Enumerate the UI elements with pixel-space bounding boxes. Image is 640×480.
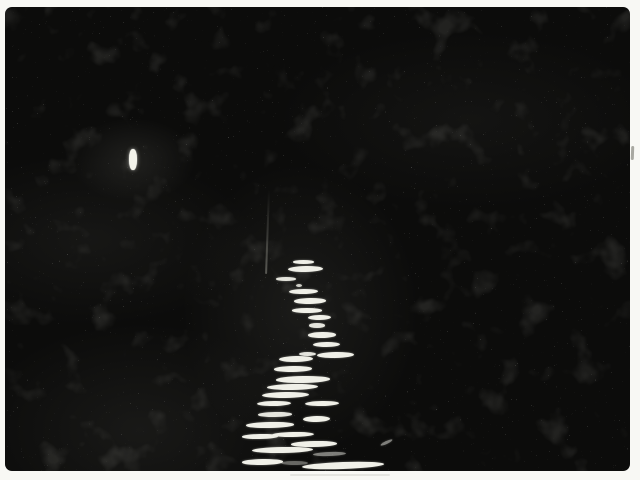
light-streak (258, 412, 292, 417)
light-streak (272, 432, 314, 438)
light-streak (276, 376, 330, 383)
light-streak (308, 332, 336, 338)
light-streak (317, 352, 354, 359)
light-streak (257, 401, 291, 407)
bottom-margin-smudge (290, 474, 390, 476)
light-streak (302, 461, 384, 471)
light-streak (293, 260, 314, 264)
light-streak (308, 315, 331, 320)
light-streak (276, 277, 296, 281)
light-streak (292, 308, 322, 313)
light-streak (279, 356, 313, 363)
scene-layer (5, 7, 630, 471)
light-streak (288, 266, 323, 273)
light-streak (246, 422, 294, 428)
print-photograph (0, 0, 640, 480)
light-streak (274, 366, 312, 372)
light-streak (303, 416, 330, 422)
light-streak (281, 461, 308, 465)
light-streak (294, 298, 326, 304)
light-streak (313, 451, 346, 456)
light-streak (267, 384, 318, 391)
light-streak (291, 441, 337, 447)
right-margin-mark (631, 146, 634, 160)
light-streak (309, 323, 325, 328)
night-plate (5, 7, 630, 471)
light-streak (305, 401, 339, 407)
light-streak (296, 284, 302, 287)
light-streak (242, 459, 283, 465)
moonlight-reflection-on-water (5, 7, 630, 471)
light-streak (262, 392, 309, 399)
light-streak (380, 438, 393, 446)
light-streak (313, 342, 340, 347)
light-streak (252, 446, 313, 453)
light-streak (289, 289, 318, 295)
